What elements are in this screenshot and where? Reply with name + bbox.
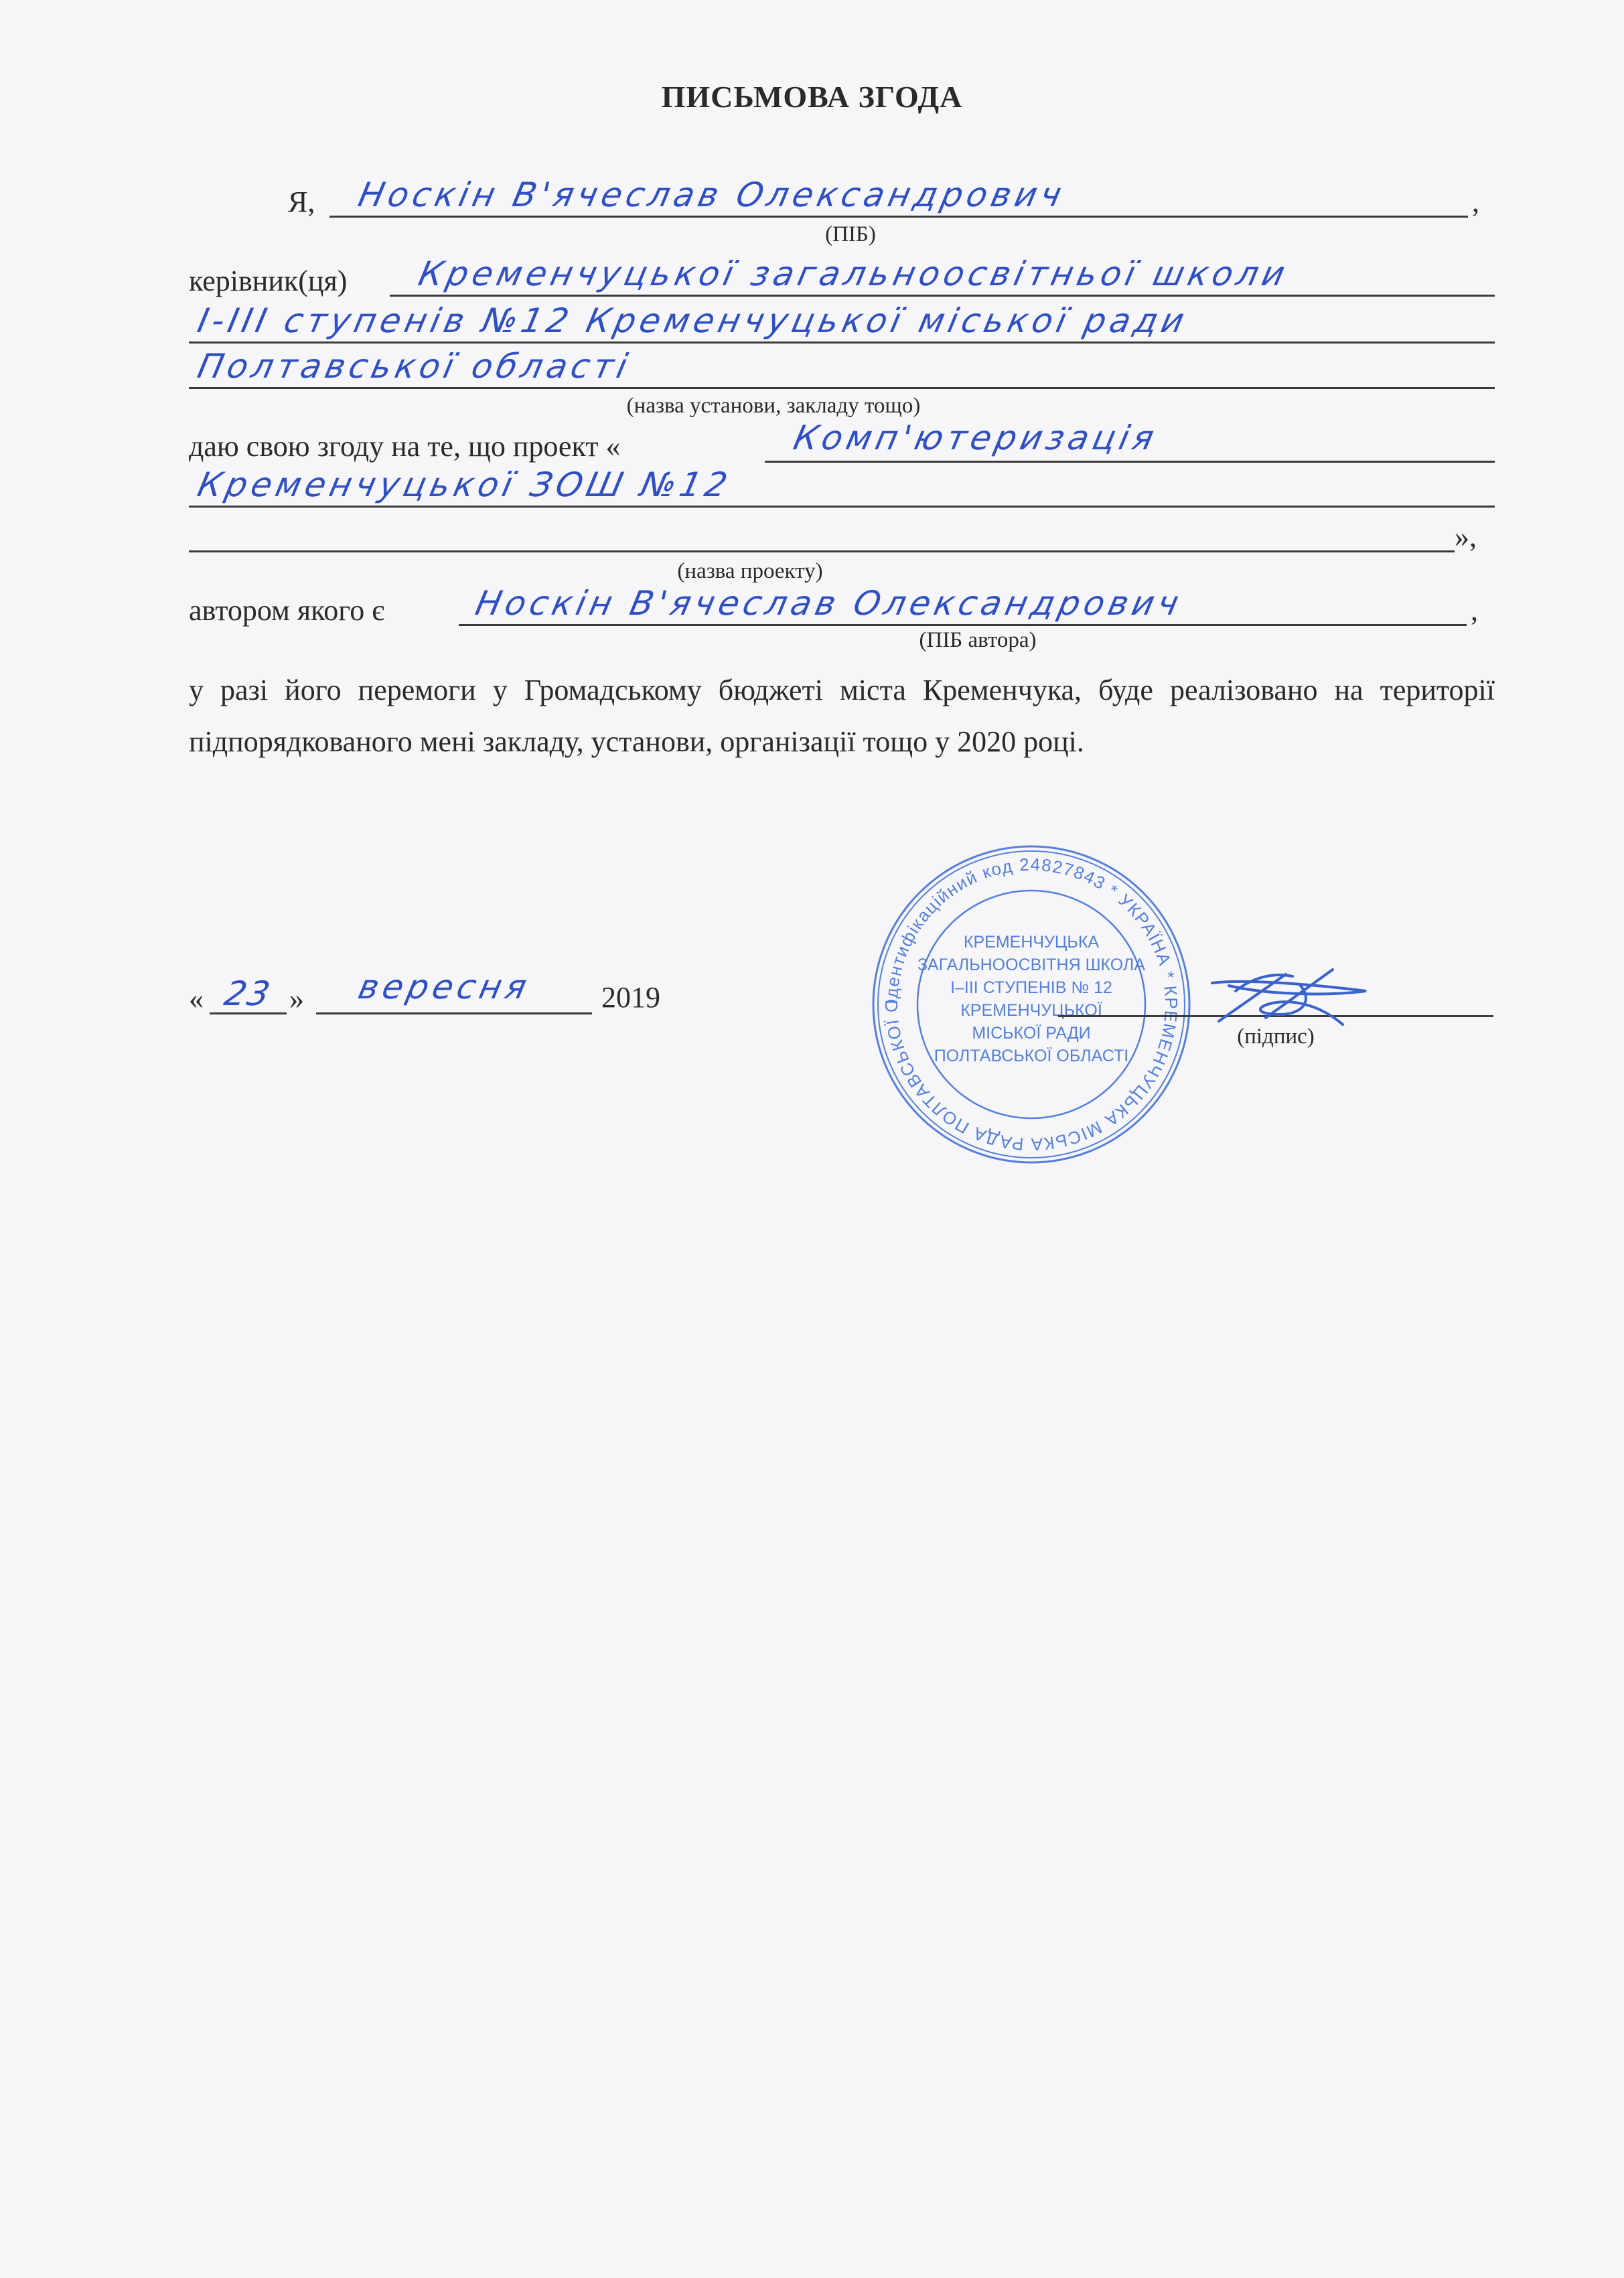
institution-underline-1 (390, 295, 1495, 297)
signature-scribble-icon (1205, 958, 1393, 1031)
month-underline (316, 1012, 592, 1014)
institution-underline-3 (189, 387, 1495, 389)
ya-prefix: Я, (288, 187, 315, 217)
name-underline (329, 216, 1468, 218)
handwritten-month-field[interactable]: вересня (355, 968, 534, 1006)
caption-project: (назва проекту) (677, 559, 822, 584)
author-suffix: , (1471, 596, 1478, 625)
handwritten-project-line-2[interactable]: Кременчуцької ЗОШ №12 (194, 465, 735, 504)
project-prefix: даю свою згоду на те, що проект « (189, 432, 620, 461)
stamp-center-line: І–ІІІ СТУПЕНІВ № 12 (950, 978, 1112, 997)
project-underline-1 (765, 461, 1495, 463)
caption-signature: (підпис) (1237, 1024, 1315, 1049)
consent-paragraph: у разі його перемоги у Громадському бюдж… (189, 664, 1495, 767)
author-underline (459, 624, 1467, 626)
project-underline-3 (189, 550, 1455, 552)
caption-pib: (ПІБ) (825, 222, 876, 247)
caption-institution: (назва установи, закладу тощо) (627, 394, 921, 419)
institution-underline-2 (189, 341, 1495, 344)
svg-text:Ідентифікаційний код 24827843: Ідентифікаційний код 24827843 * УКРАЇНА … (867, 840, 1181, 1154)
handwritten-institution-line-3[interactable]: Полтавської області (194, 347, 635, 386)
handwritten-institution-line-2[interactable]: I-III ступенів №12 Кременчуцької міської… (194, 301, 1191, 340)
stamp-center-line: ЗАГАЛЬНООСВІТНЯ ШКОЛА (917, 956, 1145, 974)
stamp-center-line: МІСЬКОЇ РАДИ (972, 1024, 1090, 1043)
document-title: ПИСЬМОВА ЗГОДА (0, 79, 1624, 115)
project-suffix: », (1455, 522, 1477, 552)
handwritten-institution-line-1[interactable]: Кременчуцької загальноосвітньої школи (415, 254, 1293, 293)
date-open-quote: « (189, 984, 204, 1014)
author-prefix: автором якого є (189, 596, 384, 625)
stamp-center-line: ПОЛТАВСЬКОЇ ОБЛАСТІ (934, 1047, 1128, 1065)
date-year: 2019 (601, 983, 660, 1012)
handwritten-project-line-1[interactable]: Комп'ютеризація (790, 419, 1161, 457)
handwritten-name-field[interactable]: Носкін В'ячеслав Олександрович (355, 175, 1069, 214)
official-stamp-icon: Ідентифікаційний код 24827843 * УКРАЇНА … (867, 840, 1195, 1168)
handwritten-author-field[interactable]: Носкін В'ячеслав Олександрович (472, 584, 1186, 623)
ya-suffix: , (1472, 187, 1479, 217)
stamp-ring-text: Ідентифікаційний код 24827843 * УКРАЇНА … (867, 840, 1181, 1154)
caption-author: (ПІБ автора) (919, 628, 1036, 653)
project-underline-2 (189, 506, 1495, 508)
head-prefix: керівник(ця) (189, 267, 347, 296)
date-close-quote: » (289, 984, 304, 1014)
stamp-center-line: КРЕМЕНЧУЦЬКА (964, 933, 1099, 952)
handwritten-day-field[interactable]: 23 (221, 974, 275, 1013)
